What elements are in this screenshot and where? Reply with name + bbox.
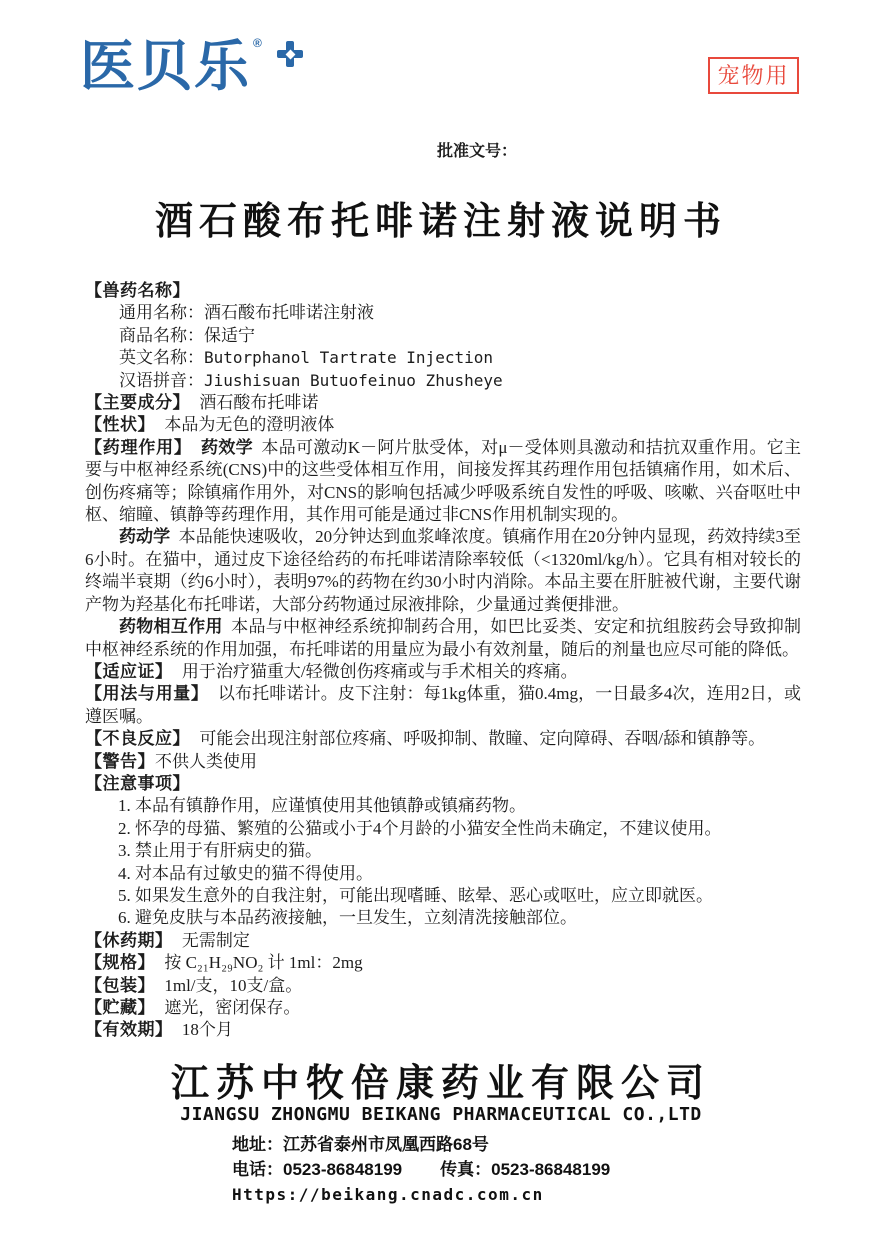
section-label-drug-name: 【兽药名称】 — [85, 281, 190, 300]
row-key: 汉语拼音： — [119, 371, 204, 390]
section-text: 遮光，密闭保存。 — [164, 998, 300, 1017]
section-text: 无需制定 — [182, 931, 250, 950]
company-website: Https://beikang.cnadc.com.cn — [232, 1182, 610, 1207]
address-value: 江苏省泰州市凤凰西路68号 — [283, 1135, 489, 1154]
precaution-item: 4. 对本品有过敏史的猫不得使用。 — [85, 863, 801, 885]
section-specification: 【规格】按 C₂₁H₂₉NO₂ 计 1ml：2mg — [85, 952, 801, 974]
precaution-item: 1. 本品有镇静作用，应谨慎使用其他镇静或镇痛药物。 — [85, 795, 801, 817]
section-adverse-reactions: 【不良反应】可能会出现注射部位疼痛、呼吸抑制、散瞳、定向障碍、吞咽/舔和镇静等。 — [85, 728, 801, 750]
row-value: Butorphanol Tartrate Injection — [204, 348, 493, 367]
section-text: 用于治疗猫重大/轻微创伤疼痛或与手术相关的疼痛。 — [182, 662, 578, 681]
section-label-ingredients: 【主要成分】 — [85, 393, 190, 412]
subsection-head-pharmacokinetics: 药动学 — [119, 527, 170, 546]
section-label-warning: 【警告】 — [85, 752, 155, 771]
section-text: 本品为无色的澄明液体 — [164, 415, 334, 434]
address-label: 地址： — [232, 1135, 283, 1154]
section-label-packaging: 【包装】 — [85, 976, 155, 995]
section-label-dosage: 【用法与用量】 — [85, 684, 209, 703]
approval-number-label: 批准文号： — [437, 138, 517, 161]
section-text: 18个月 — [182, 1020, 233, 1039]
section-label-indications: 【适应证】 — [85, 662, 173, 681]
section-label-adverse-reactions: 【不良反应】 — [85, 729, 190, 748]
subsection-head-pharmacodynamics: 药效学 — [201, 438, 253, 457]
brand-logo: 医贝乐® — [80, 36, 262, 94]
section-text: 可能会出现注射部位疼痛、呼吸抑制、散瞳、定向障碍、吞咽/舔和镇静等。 — [199, 729, 765, 748]
section-label-precautions: 【注意事项】 — [85, 774, 190, 793]
section-drug-name: 【兽药名称】 — [85, 280, 801, 302]
row-key: 商品名称： — [119, 326, 204, 345]
precaution-item: 6. 避免皮肤与本品药液接触，一旦发生，立刻清洗接触部位。 — [85, 907, 801, 929]
section-text: 酒石酸布托啡诺 — [199, 393, 318, 412]
section-shelf-life: 【有效期】18个月 — [85, 1019, 801, 1041]
section-pharmacology: 【药理作用】药效学本品可激动Κ－阿片肽受体，对μ－受体则具激动和拮抗双重作用。它… — [85, 437, 801, 527]
registered-trademark-icon: ® — [253, 36, 262, 50]
row-key: 英文名称： — [119, 348, 204, 367]
subsection-text: 本品能快速吸收，20分钟达到血浆峰浓度。镇痛作用在20分钟内显现，药效持续3至6… — [85, 527, 801, 613]
fax-value: 0523-86848199 — [491, 1160, 610, 1179]
brand-logo-text: 医贝乐 — [80, 35, 251, 97]
subsection-drug-interactions: 药物相互作用本品与中枢神经系统抑制药合用，如巴比妥类、安定和抗组胺药会导致抑制中… — [85, 616, 801, 661]
section-packaging: 【包装】1ml/支，10支/盒。 — [85, 975, 801, 997]
package-insert-page: 医贝乐® 宠物用 批准文号： 酒石酸布托啡诺注射液说明书 【兽药名称】 通用名称… — [0, 0, 882, 1234]
row-english-name: 英文名称：Butorphanol Tartrate Injection — [85, 347, 801, 369]
row-pinyin-name: 汉语拼音：Jiushisuan Butuofeinuo Zhusheye — [85, 370, 801, 392]
row-value: 保适宁 — [204, 326, 255, 345]
medical-cross-icon — [277, 41, 303, 67]
fax-label: 传真： — [440, 1160, 491, 1179]
precaution-item: 3. 禁止用于有肝病史的猫。 — [85, 840, 801, 862]
precaution-item: 5. 如果发生意外的自我注射，可能出现嗜睡、眩晕、恶心或呕吐，应立即就医。 — [85, 885, 801, 907]
company-name-cn: 江苏中牧倍康药业有限公司 — [0, 1052, 882, 1107]
subsection-text: 本品可激动Κ－阿片肽受体，对μ－受体则具激动和拮抗双重作用。它主要与中枢神经系统… — [85, 438, 801, 524]
company-phone-fax: 电话：0523-86848199传真：0523-86848199 — [232, 1157, 610, 1182]
section-warning: 【警告】不供人类使用 — [85, 751, 801, 773]
section-withdrawal-period: 【休药期】无需制定 — [85, 930, 801, 952]
precaution-item: 2. 怀孕的母猫、繁殖的公猫或小于4个月龄的小猫安全性尚未确定，不建议使用。 — [85, 818, 801, 840]
section-storage: 【贮藏】遮光，密闭保存。 — [85, 997, 801, 1019]
section-label-specification: 【规格】 — [85, 953, 155, 972]
section-label-properties: 【性状】 — [85, 415, 155, 434]
section-label-pharmacology: 【药理作用】 — [85, 438, 192, 457]
section-dosage: 【用法与用量】以布托啡诺计。皮下注射：每1kg体重，猫0.4mg，一日最多4次，… — [85, 683, 801, 728]
subsection-pharmacokinetics: 药动学本品能快速吸收，20分钟达到血浆峰浓度。镇痛作用在20分钟内显现，药效持续… — [85, 526, 801, 616]
company-name-en: JIANGSU ZHONGMU BEIKANG PHARMACEUTICAL C… — [0, 1104, 882, 1125]
document-title: 酒石酸布托啡诺注射液说明书 — [0, 190, 882, 245]
section-text: 按 C₂₁H₂₉NO₂ 计 1ml：2mg — [164, 953, 362, 972]
insert-body: 【兽药名称】 通用名称：酒石酸布托啡诺注射液 商品名称：保适宁 英文名称：But… — [85, 280, 801, 1042]
company-contact-block: 地址：江苏省泰州市凤凰西路68号 电话：0523-86848199传真：0523… — [232, 1132, 610, 1207]
section-label-shelf-life: 【有效期】 — [85, 1020, 173, 1039]
phone-label: 电话： — [232, 1160, 283, 1179]
company-address: 地址：江苏省泰州市凤凰西路68号 — [232, 1132, 610, 1157]
section-ingredients: 【主要成分】酒石酸布托啡诺 — [85, 392, 801, 414]
section-precautions: 【注意事项】 — [85, 773, 801, 795]
row-value: Jiushisuan Butuofeinuo Zhusheye — [204, 371, 503, 390]
row-trade-name: 商品名称：保适宁 — [85, 325, 801, 347]
subsection-head-drug-interactions: 药物相互作用 — [119, 617, 223, 636]
section-label-withdrawal-period: 【休药期】 — [85, 931, 173, 950]
row-value: 酒石酸布托啡诺注射液 — [204, 303, 374, 322]
row-generic-name: 通用名称：酒石酸布托啡诺注射液 — [85, 302, 801, 324]
section-text: 不供人类使用 — [155, 752, 257, 771]
section-indications: 【适应证】用于治疗猫重大/轻微创伤疼痛或与手术相关的疼痛。 — [85, 661, 801, 683]
pet-use-badge: 宠物用 — [708, 57, 799, 94]
phone-value: 0523-86848199 — [283, 1160, 402, 1179]
section-properties: 【性状】本品为无色的澄明液体 — [85, 414, 801, 436]
section-label-storage: 【贮藏】 — [85, 998, 155, 1017]
row-key: 通用名称： — [119, 303, 204, 322]
section-text: 1ml/支，10支/盒。 — [164, 976, 302, 995]
